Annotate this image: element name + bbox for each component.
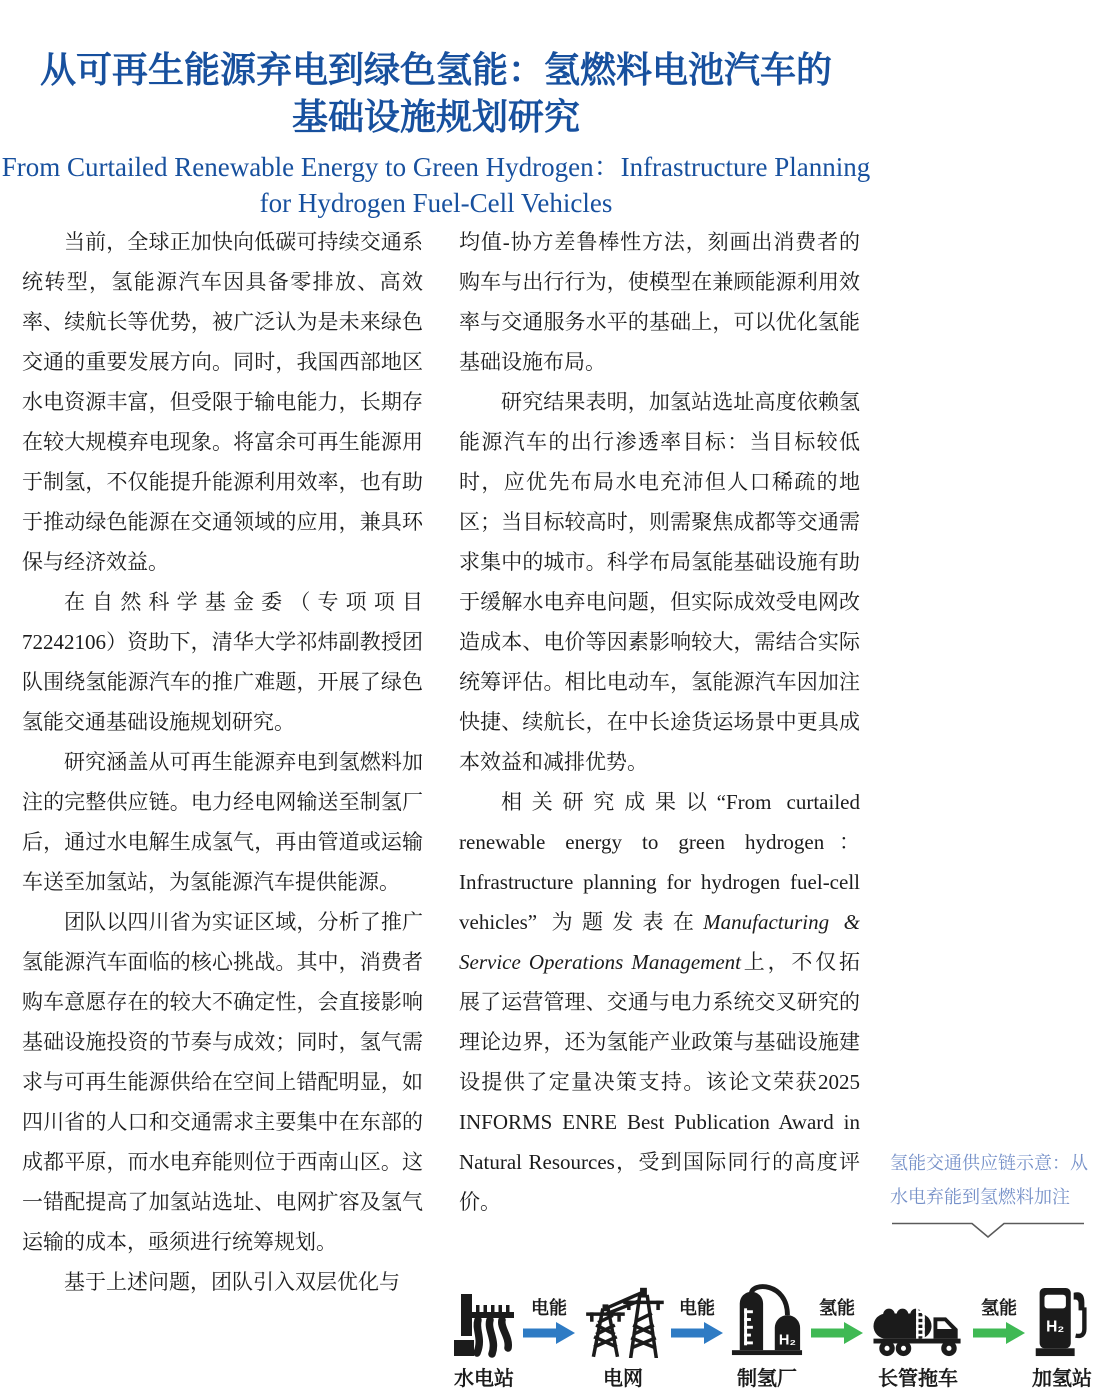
paragraph-2: 在自然科学基金委（专项项目72242106）资助下，清华大学祁炜副教授团队围绕氢… <box>22 582 423 742</box>
right-arrow-icon <box>811 1322 863 1344</box>
stage-refueling-station: H₂ 加氢站 <box>1032 1286 1092 1392</box>
paragraph-7: 相关研究成果以“From curtailed renewable energy … <box>459 782 860 1222</box>
power-grid-icon <box>582 1280 664 1358</box>
caption-pointer-divider <box>892 1222 1084 1240</box>
page-title-zh-line2: 基础设施规划研究 <box>0 93 872 140</box>
flow-arrow-electricity-2: 电能 <box>671 1297 723 1344</box>
pump-h2-label: H₂ <box>1046 1319 1064 1336</box>
figure-caption-line2: 水电弃能到氢燃料加注 <box>890 1180 1095 1214</box>
page-title-zh-line1: 从可再生能源弃电到绿色氢能：氢燃料电池汽车的 <box>0 46 872 93</box>
arrow-label-electricity-2: 电能 <box>679 1297 715 1319</box>
stage-label-power-grid: 电网 <box>603 1366 643 1392</box>
stage-power-grid: 电网 <box>582 1280 664 1392</box>
paragraph-4: 团队以四川省为实证区域，分析了推广氢能源汽车面临的核心挑战。其中，消费者购车意愿… <box>22 902 423 1262</box>
paragraph-3: 研究涵盖从可再生能源弃电到氢燃料加注的完整供应链。电力经电网输送至制氢厂后，通过… <box>22 742 423 902</box>
right-arrow-icon <box>523 1322 575 1344</box>
paragraph-1: 当前，全球正加快向低碳可持续交通系统转型，氢能源汽车因具备零排放、高效率、续航长… <box>22 222 423 582</box>
stage-label-refueling-station: 加氢站 <box>1032 1366 1092 1392</box>
tube-trailer-icon <box>870 1298 966 1358</box>
hydrogen-refueling-station-icon: H₂ <box>1033 1286 1091 1358</box>
stage-label-hydropower: 水电站 <box>454 1366 514 1392</box>
page-title-zh: 从可再生能源弃电到绿色氢能：氢燃料电池汽车的 基础设施规划研究 <box>0 46 872 140</box>
page-title-en-line2: for Hydrogen Fuel-Cell Vehicles <box>0 185 872 221</box>
right-column: 均值-协方差鲁棒性方法，刻画出消费者的购车与出行行为，使模型在兼顾能源利用效率与… <box>459 222 860 1222</box>
supply-chain-diagram: 水电站 电能 <box>452 1262 1092 1392</box>
paragraph-5-start: 基于上述问题，团队引入双层优化与 <box>22 1262 423 1302</box>
paragraph-5-continued: 均值-协方差鲁棒性方法，刻画出消费者的购车与出行行为，使模型在兼顾能源利用效率与… <box>459 222 860 382</box>
stage-hydropower: 水电站 <box>452 1290 516 1392</box>
plant-h2-label: H₂ <box>779 1332 796 1348</box>
paragraph-6: 研究结果表明，加氢站选址高度依赖氢能源汽车的出行渗透率目标：当目标较低时，应优先… <box>459 382 860 782</box>
arrow-label-hydrogen-2: 氢能 <box>981 1297 1017 1319</box>
right-arrow-icon <box>671 1322 723 1344</box>
stage-tube-trailer: 长管拖车 <box>870 1298 966 1392</box>
figure-caption-line1: 氢能交通供应链示意：从 <box>890 1146 1095 1180</box>
article-page: 从可再生能源弃电到绿色氢能：氢燃料电池汽车的 基础设施规划研究 From Cur… <box>0 0 1100 1400</box>
arrow-label-electricity-1: 电能 <box>531 1297 567 1319</box>
arrow-label-hydrogen-1: 氢能 <box>819 1297 855 1319</box>
flow-arrow-hydrogen-1: 氢能 <box>811 1297 863 1344</box>
flow-arrow-hydrogen-2: 氢能 <box>973 1297 1025 1344</box>
stage-hydrogen-plant: H₂ 制氢厂 <box>730 1282 804 1392</box>
stage-label-tube-trailer: 长管拖车 <box>878 1366 958 1392</box>
paragraph-7-text-after: 上，不仅拓展了运营管理、交通与电力系统交叉研究的理论边界，还为氢能产业政策与基础… <box>459 950 860 1214</box>
page-title-en: From Curtailed Renewable Energy to Green… <box>0 149 872 221</box>
page-title-en-line1: From Curtailed Renewable Energy to Green… <box>0 149 872 185</box>
hydropower-dam-icon <box>452 1290 516 1358</box>
right-arrow-icon <box>973 1322 1025 1344</box>
left-column: 当前，全球正加快向低碳可持续交通系统转型，氢能源汽车因具备零排放、高效率、续航长… <box>22 222 423 1302</box>
figure-caption: 氢能交通供应链示意：从 水电弃能到氢燃料加注 <box>890 1146 1095 1214</box>
flow-arrow-electricity-1: 电能 <box>523 1297 575 1344</box>
stage-label-hydrogen-plant: 制氢厂 <box>737 1366 797 1392</box>
hydrogen-plant-icon: H₂ <box>730 1282 804 1358</box>
